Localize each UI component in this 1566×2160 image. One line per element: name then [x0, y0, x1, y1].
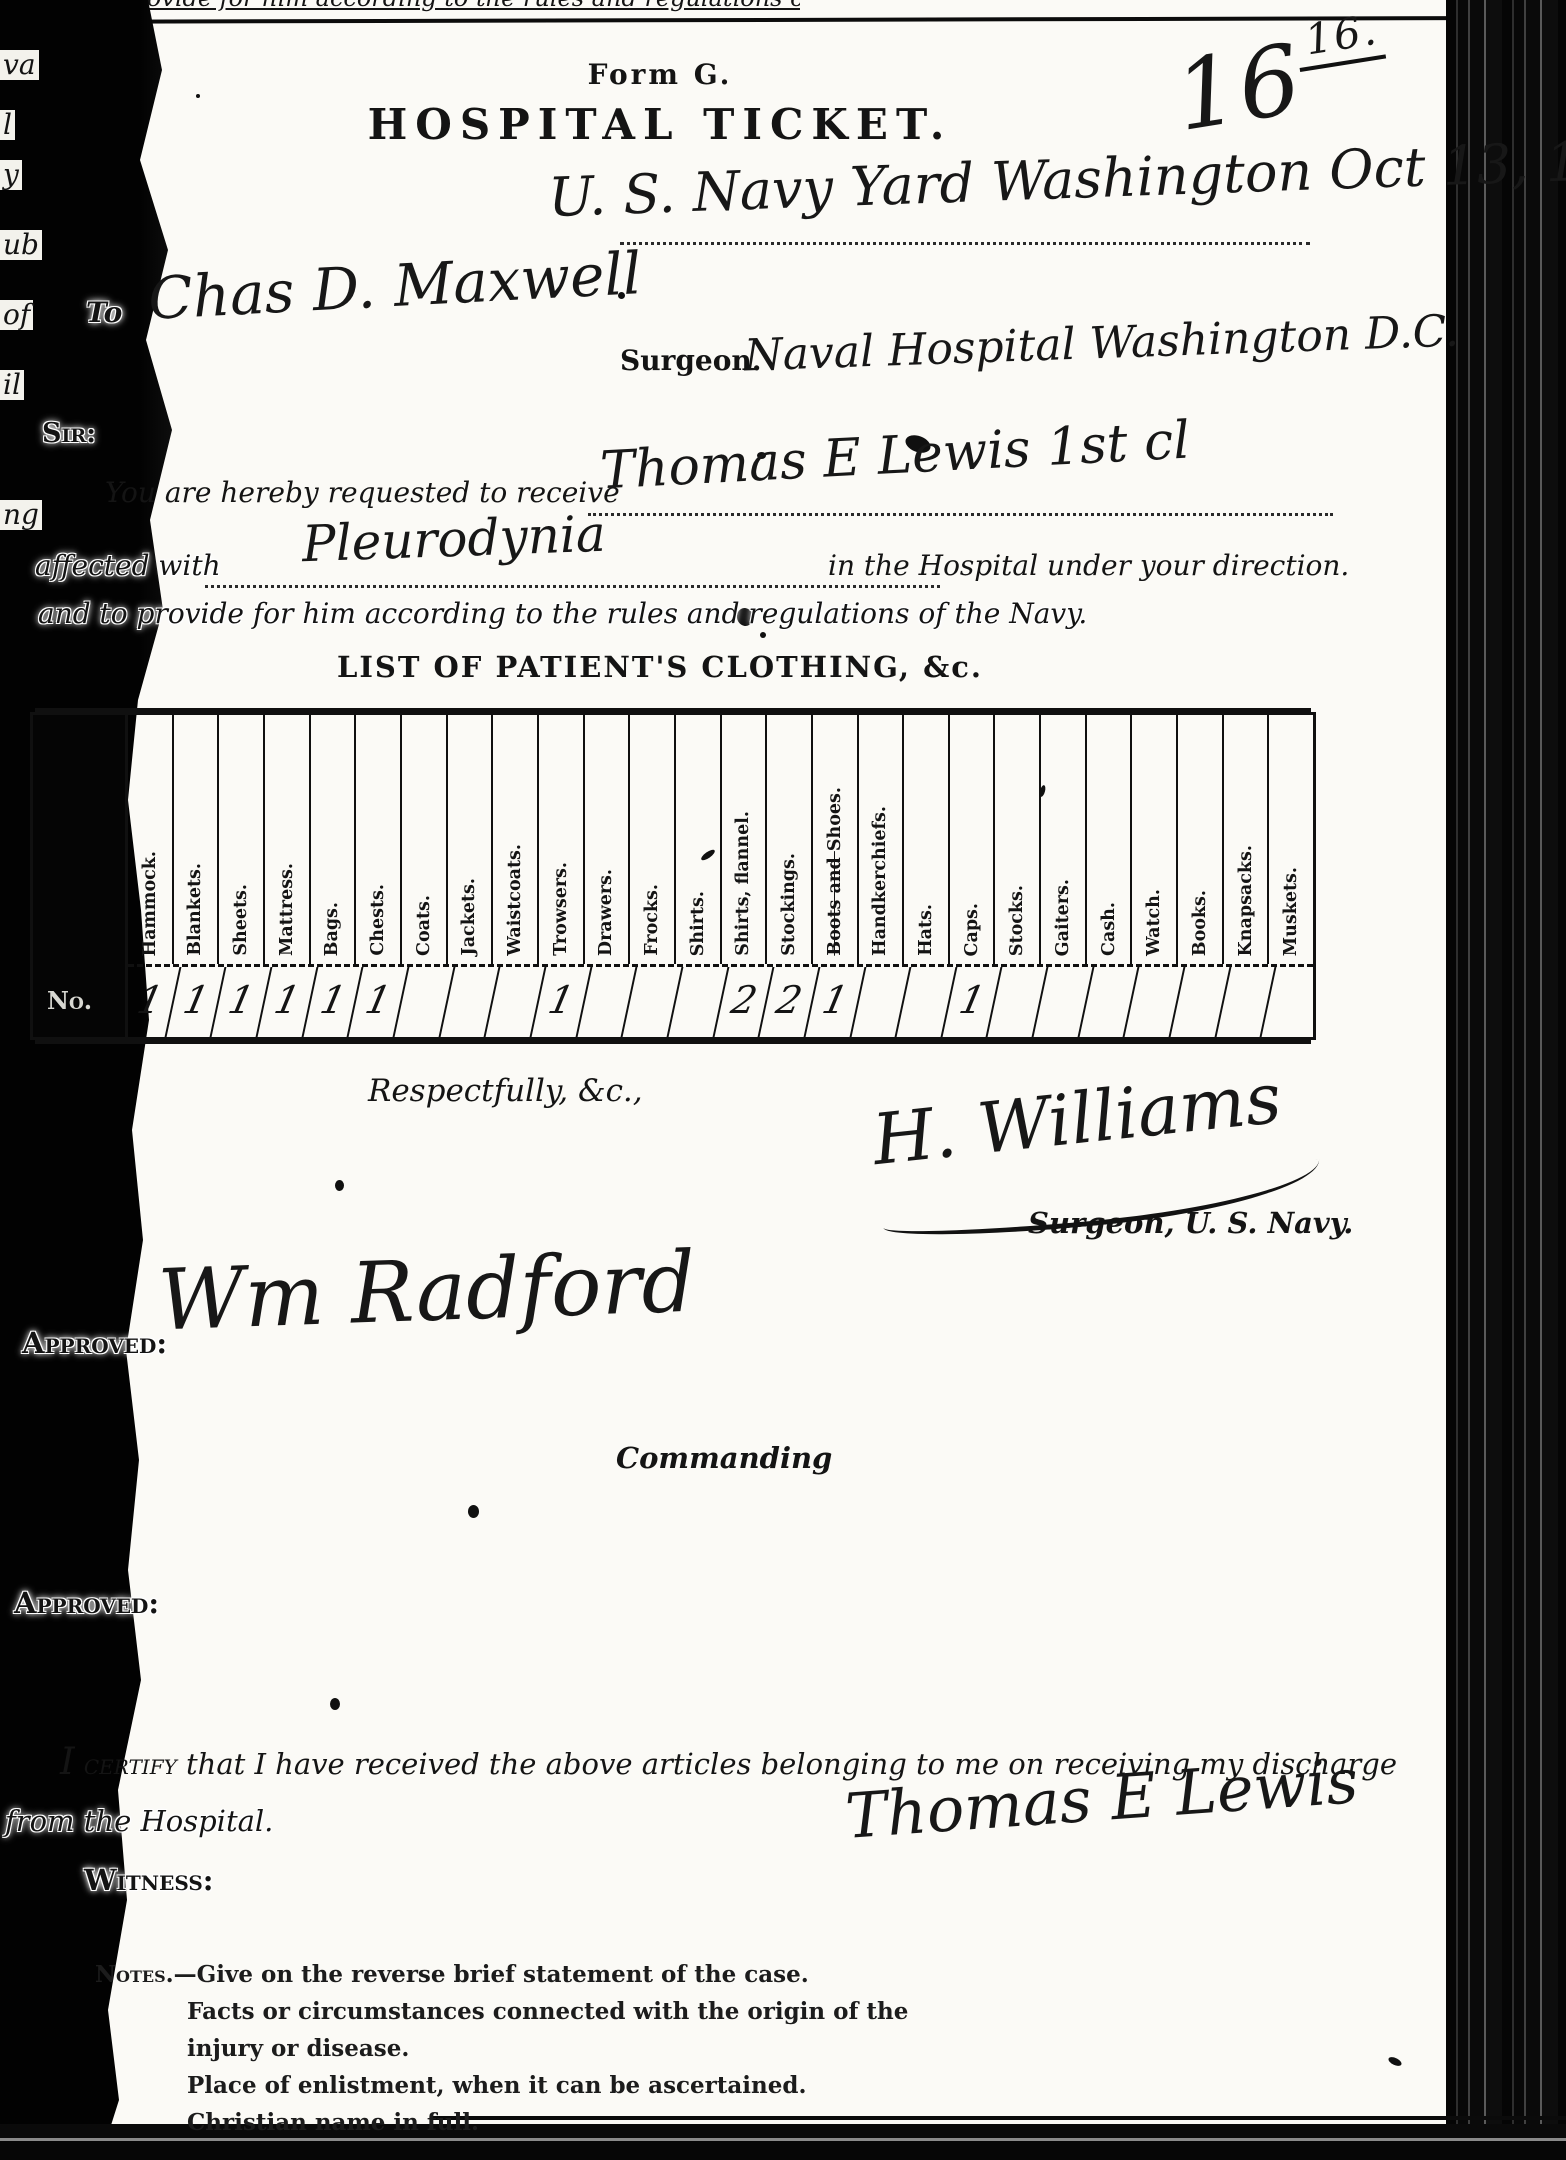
- column-header-frocks: Frocks.: [628, 715, 674, 964]
- column-header-sheets: Sheets.: [217, 715, 263, 964]
- marginalia-fragment: va: [0, 50, 39, 80]
- surgeon-label: Surgeon.: [620, 344, 762, 377]
- direction-suffix-text: in the Hospital under your direction.: [828, 549, 1349, 582]
- column-header-muskets: Muskets.: [1267, 715, 1313, 964]
- cut-off-text-previous-page: provide for him according to the rules a…: [120, 0, 800, 13]
- salutation: Sir:: [42, 418, 96, 449]
- patient-name-handwriting: Thomas E Lewis 1st cl: [599, 411, 1191, 502]
- to-label: To: [86, 296, 122, 329]
- marginalia-fragment: y: [0, 160, 22, 190]
- affected-with-label: affected with: [35, 549, 221, 582]
- commanding-officer-signature: Wm Radford: [156, 1233, 696, 1350]
- marginalia-fragment: ng: [0, 500, 42, 530]
- ink-speck: [468, 1505, 479, 1518]
- column-header-blankets: Blankets.: [172, 715, 218, 964]
- addressee-handwriting: Chas D. Maxwell: [147, 239, 643, 333]
- column-header-stocks: Stocks.: [993, 715, 1039, 964]
- ink-speck: [335, 1180, 344, 1191]
- column-header-knapsacks: Knapsacks.: [1222, 715, 1268, 964]
- clothing-table-values: 11111112211: [128, 964, 1313, 1037]
- column-header-jackets: Jackets.: [446, 715, 492, 964]
- top-rule-line: [30, 16, 1454, 24]
- surgeon-address-handwriting: Naval Hospital Washington D.C.: [743, 306, 1459, 382]
- page-edges-shadow: [1446, 0, 1566, 2160]
- row-label-no: No.: [47, 986, 92, 1015]
- clothing-table: No. Hammock.Blankets.Sheets.Mattress.Bag…: [30, 712, 1316, 1040]
- request-intro-text: You are hereby requested to receive: [105, 476, 620, 509]
- commanding-title: Commanding: [616, 1441, 832, 1475]
- notes-line-4: Christian name in full.: [95, 2104, 975, 2141]
- surgeon-signature: H. Williams: [869, 1057, 1285, 1181]
- notes-block: Notes.—Give on the reverse brief stateme…: [95, 1956, 975, 2141]
- column-header-cash: Cash.: [1085, 715, 1131, 964]
- column-header-handkerchiefs: Handkerchiefs.: [857, 715, 903, 964]
- approved-label-2: Approved:: [14, 1586, 159, 1620]
- column-header-chests: Chests.: [354, 715, 400, 964]
- marginalia-fragment: of: [0, 300, 33, 330]
- ink-speck: [196, 94, 200, 98]
- provide-line-text: and to provide for him according to the …: [38, 597, 1087, 630]
- clothing-table-row-label-cell: No.: [33, 715, 128, 1037]
- diagnosis-handwriting: Pleurodynia: [301, 505, 607, 574]
- column-header-books: Books.: [1176, 715, 1222, 964]
- column-header-gaiters: Gaiters.: [1039, 715, 1085, 964]
- left-margin-handwriting-fragments: valyubofilng: [0, 30, 30, 670]
- respectfully-text: Respectfully, &c.,: [368, 1073, 643, 1109]
- clothing-table-headers: Hammock.Blankets.Sheets.Mattress.Bags.Ch…: [128, 715, 1313, 964]
- ink-speck: [760, 632, 766, 638]
- marginalia-fragment: l: [0, 110, 15, 140]
- column-header-hats: Hats.: [902, 715, 948, 964]
- column-header-drawers: Drawers.: [583, 715, 629, 964]
- column-header-shirts: Shirts.: [674, 715, 720, 964]
- notes-keyword: Notes.: [95, 1961, 174, 1988]
- notes-line-3: Place of enlistment, when it can be asce…: [95, 2067, 975, 2104]
- clothing-list-heading: LIST OF PATIENT'S CLOTHING, &c.: [310, 650, 1010, 684]
- certify-initial: I: [60, 1740, 75, 1783]
- form-number-label: Form G.: [460, 58, 860, 91]
- column-header-caps: Caps.: [948, 715, 994, 964]
- ink-speck: [330, 1698, 340, 1710]
- notes-line-1: Notes.—Give on the reverse brief stateme…: [95, 1956, 975, 1993]
- column-header-shirts-flannel: Shirts, flannel.: [720, 715, 766, 964]
- cut-off-text: provide for him according to the rules a…: [120, 0, 800, 12]
- approved-label-1: Approved:: [22, 1326, 167, 1360]
- column-header-coats: Coats.: [400, 715, 446, 964]
- column-header-hammock: Hammock.: [128, 715, 172, 964]
- diagnosis-fill-line: [205, 585, 940, 588]
- column-header-watch: Watch.: [1130, 715, 1176, 964]
- column-header-stockings: Stockings.: [765, 715, 811, 964]
- pen-mark: [1387, 2055, 1403, 2067]
- column-header-waistcoats: Waistcoats.: [491, 715, 537, 964]
- ticket-number-main: 16: [1168, 23, 1310, 153]
- certify-statement-line-2: from the Hospital.: [5, 1804, 273, 1838]
- patient-name-fill-line: [588, 513, 1333, 516]
- marginalia-fragment: ub: [0, 230, 42, 260]
- column-header-mattress: Mattress.: [263, 715, 309, 964]
- column-header-trowsers: Trowsers.: [537, 715, 583, 964]
- date-fill-line: [620, 242, 1310, 245]
- document-title: HOSPITAL TICKET.: [310, 100, 1010, 149]
- marginalia-fragment: il: [0, 370, 24, 400]
- notes-line-1-rest: —Give on the reverse brief statement of …: [174, 1961, 809, 1988]
- hospital-ticket-scanned-page: provide for him according to the rules a…: [0, 0, 1566, 2160]
- witness-label: Witness:: [84, 1863, 213, 1897]
- column-header-boots-and-shoes: Boots and Shoes.: [811, 715, 857, 964]
- column-header-bags: Bags.: [309, 715, 355, 964]
- certify-keyword: certify: [84, 1747, 177, 1781]
- ticket-number-superscript: 16.: [1292, 4, 1386, 72]
- ticket-number: 1616.: [1167, 4, 1396, 153]
- notes-line-2: Facts or circumstances connected with th…: [95, 1993, 975, 2067]
